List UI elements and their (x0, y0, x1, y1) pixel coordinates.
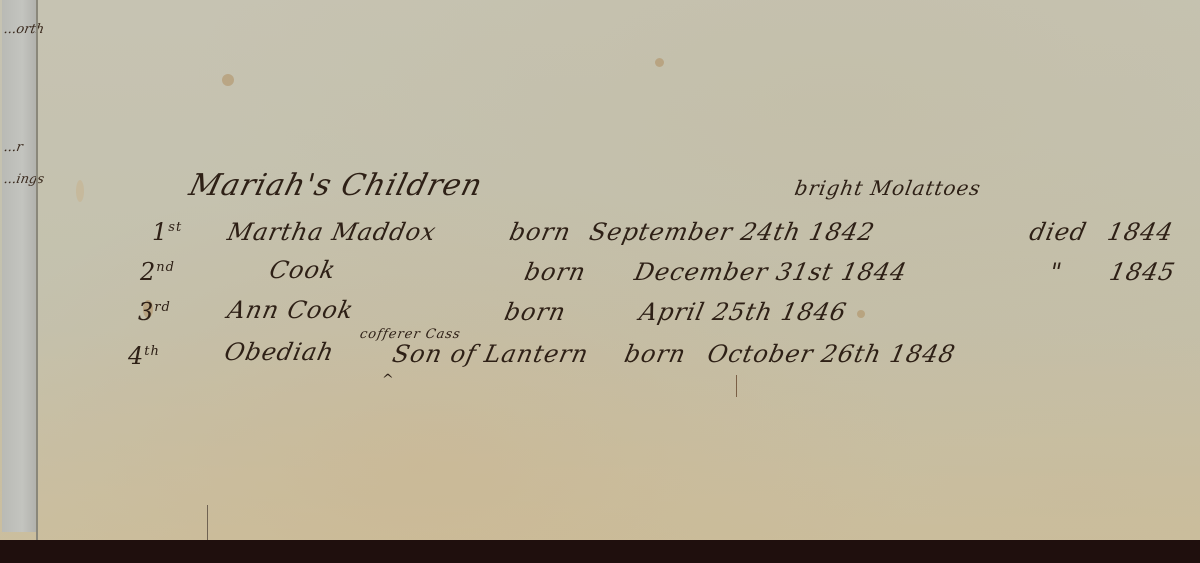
heading-note: bright Molattoes (793, 176, 983, 200)
birth-date: December 31st 1844 (632, 258, 910, 286)
born-label: born (522, 258, 589, 286)
margin-fragment: ...ings (3, 172, 46, 187)
binding-shadow (0, 540, 1200, 563)
entry-relation: Son of Lantern (390, 340, 591, 368)
foxing-stain (857, 310, 865, 318)
heading: Mariah's Children (186, 168, 487, 203)
foxing-stain (76, 180, 84, 202)
entry-ordinal: 3rd (138, 298, 171, 326)
entry-name: Obediah (222, 338, 337, 366)
entry-ordinal: 1st (152, 218, 182, 246)
foxing-stain (222, 74, 234, 86)
margin-fragment: ...orth (3, 22, 46, 37)
death-label: " (1047, 258, 1065, 286)
entry-name: Cook (267, 256, 339, 284)
margin-fragment: ...r (3, 140, 24, 155)
foxing-stain (655, 58, 664, 67)
page-gutter (36, 0, 38, 545)
paper-crack (207, 505, 208, 541)
birth-date: September 24th 1842 (587, 218, 878, 246)
left-facing-page-edge: ...orth ...r ...ings (2, 0, 38, 532)
born-label: born (502, 298, 569, 326)
entry-ordinal: 4th (128, 342, 160, 370)
death-year: 1844 (1105, 218, 1176, 246)
entry-name: Ann Cook (225, 296, 357, 324)
born-label: born (622, 340, 689, 368)
death-label: died (1027, 218, 1090, 246)
birth-date: October 26th 1848 (705, 340, 958, 368)
born-label: born (507, 218, 574, 246)
ledger-page: ...orth ...r ...ings Mariah's Children b… (0, 0, 1200, 550)
insertion-caret: ^ (382, 372, 395, 388)
birth-date: April 25th 1846 (637, 298, 849, 326)
entry-name: Martha Maddox (225, 218, 439, 246)
death-year: 1845 (1107, 258, 1178, 286)
entry-ordinal: 2nd (140, 258, 175, 286)
paper-mark (736, 375, 737, 397)
